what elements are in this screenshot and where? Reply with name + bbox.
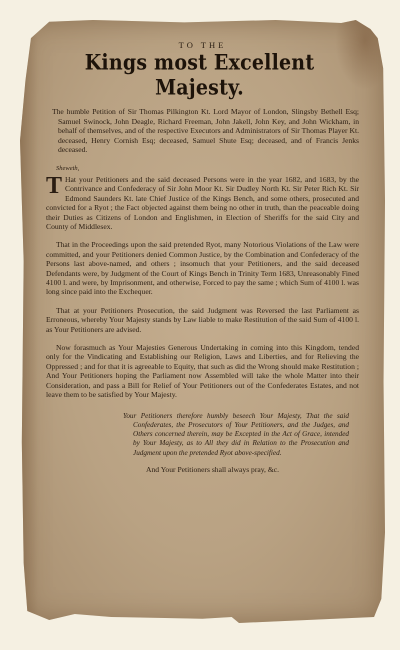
paragraph-3: That at your Petitioners Prosecution, th…: [46, 306, 359, 334]
paragraph-1-text: Hat your Petitioners and the said deceas…: [46, 175, 359, 231]
petition-intro: The humble Petition of Sir Thomas Pilkin…: [44, 107, 359, 155]
heading-small: TO THE: [44, 40, 361, 50]
page-stage: TO THE Kings most Excellent Majesty. The…: [0, 0, 400, 650]
sheweth-label: Sheweth,: [56, 165, 361, 172]
paragraph-1: T Hat your Petitioners and the said dece…: [46, 175, 359, 231]
prayer-paragraph: Your Petitioners therefore humbly beseec…: [123, 412, 349, 458]
document-content: TO THE Kings most Excellent Majesty. The…: [38, 40, 361, 474]
paragraph-4: Now forasmuch as Your Majesties Generous…: [46, 343, 359, 399]
drop-cap: T: [46, 176, 62, 196]
paper-edge-shading: [20, 20, 38, 623]
paragraph-2: That in the Proceedings upon the said pr…: [46, 240, 359, 296]
document-title: Kings most Excellent Majesty.: [38, 50, 361, 101]
closing-line: And Your Petitioners shall always pray, …: [146, 465, 361, 474]
